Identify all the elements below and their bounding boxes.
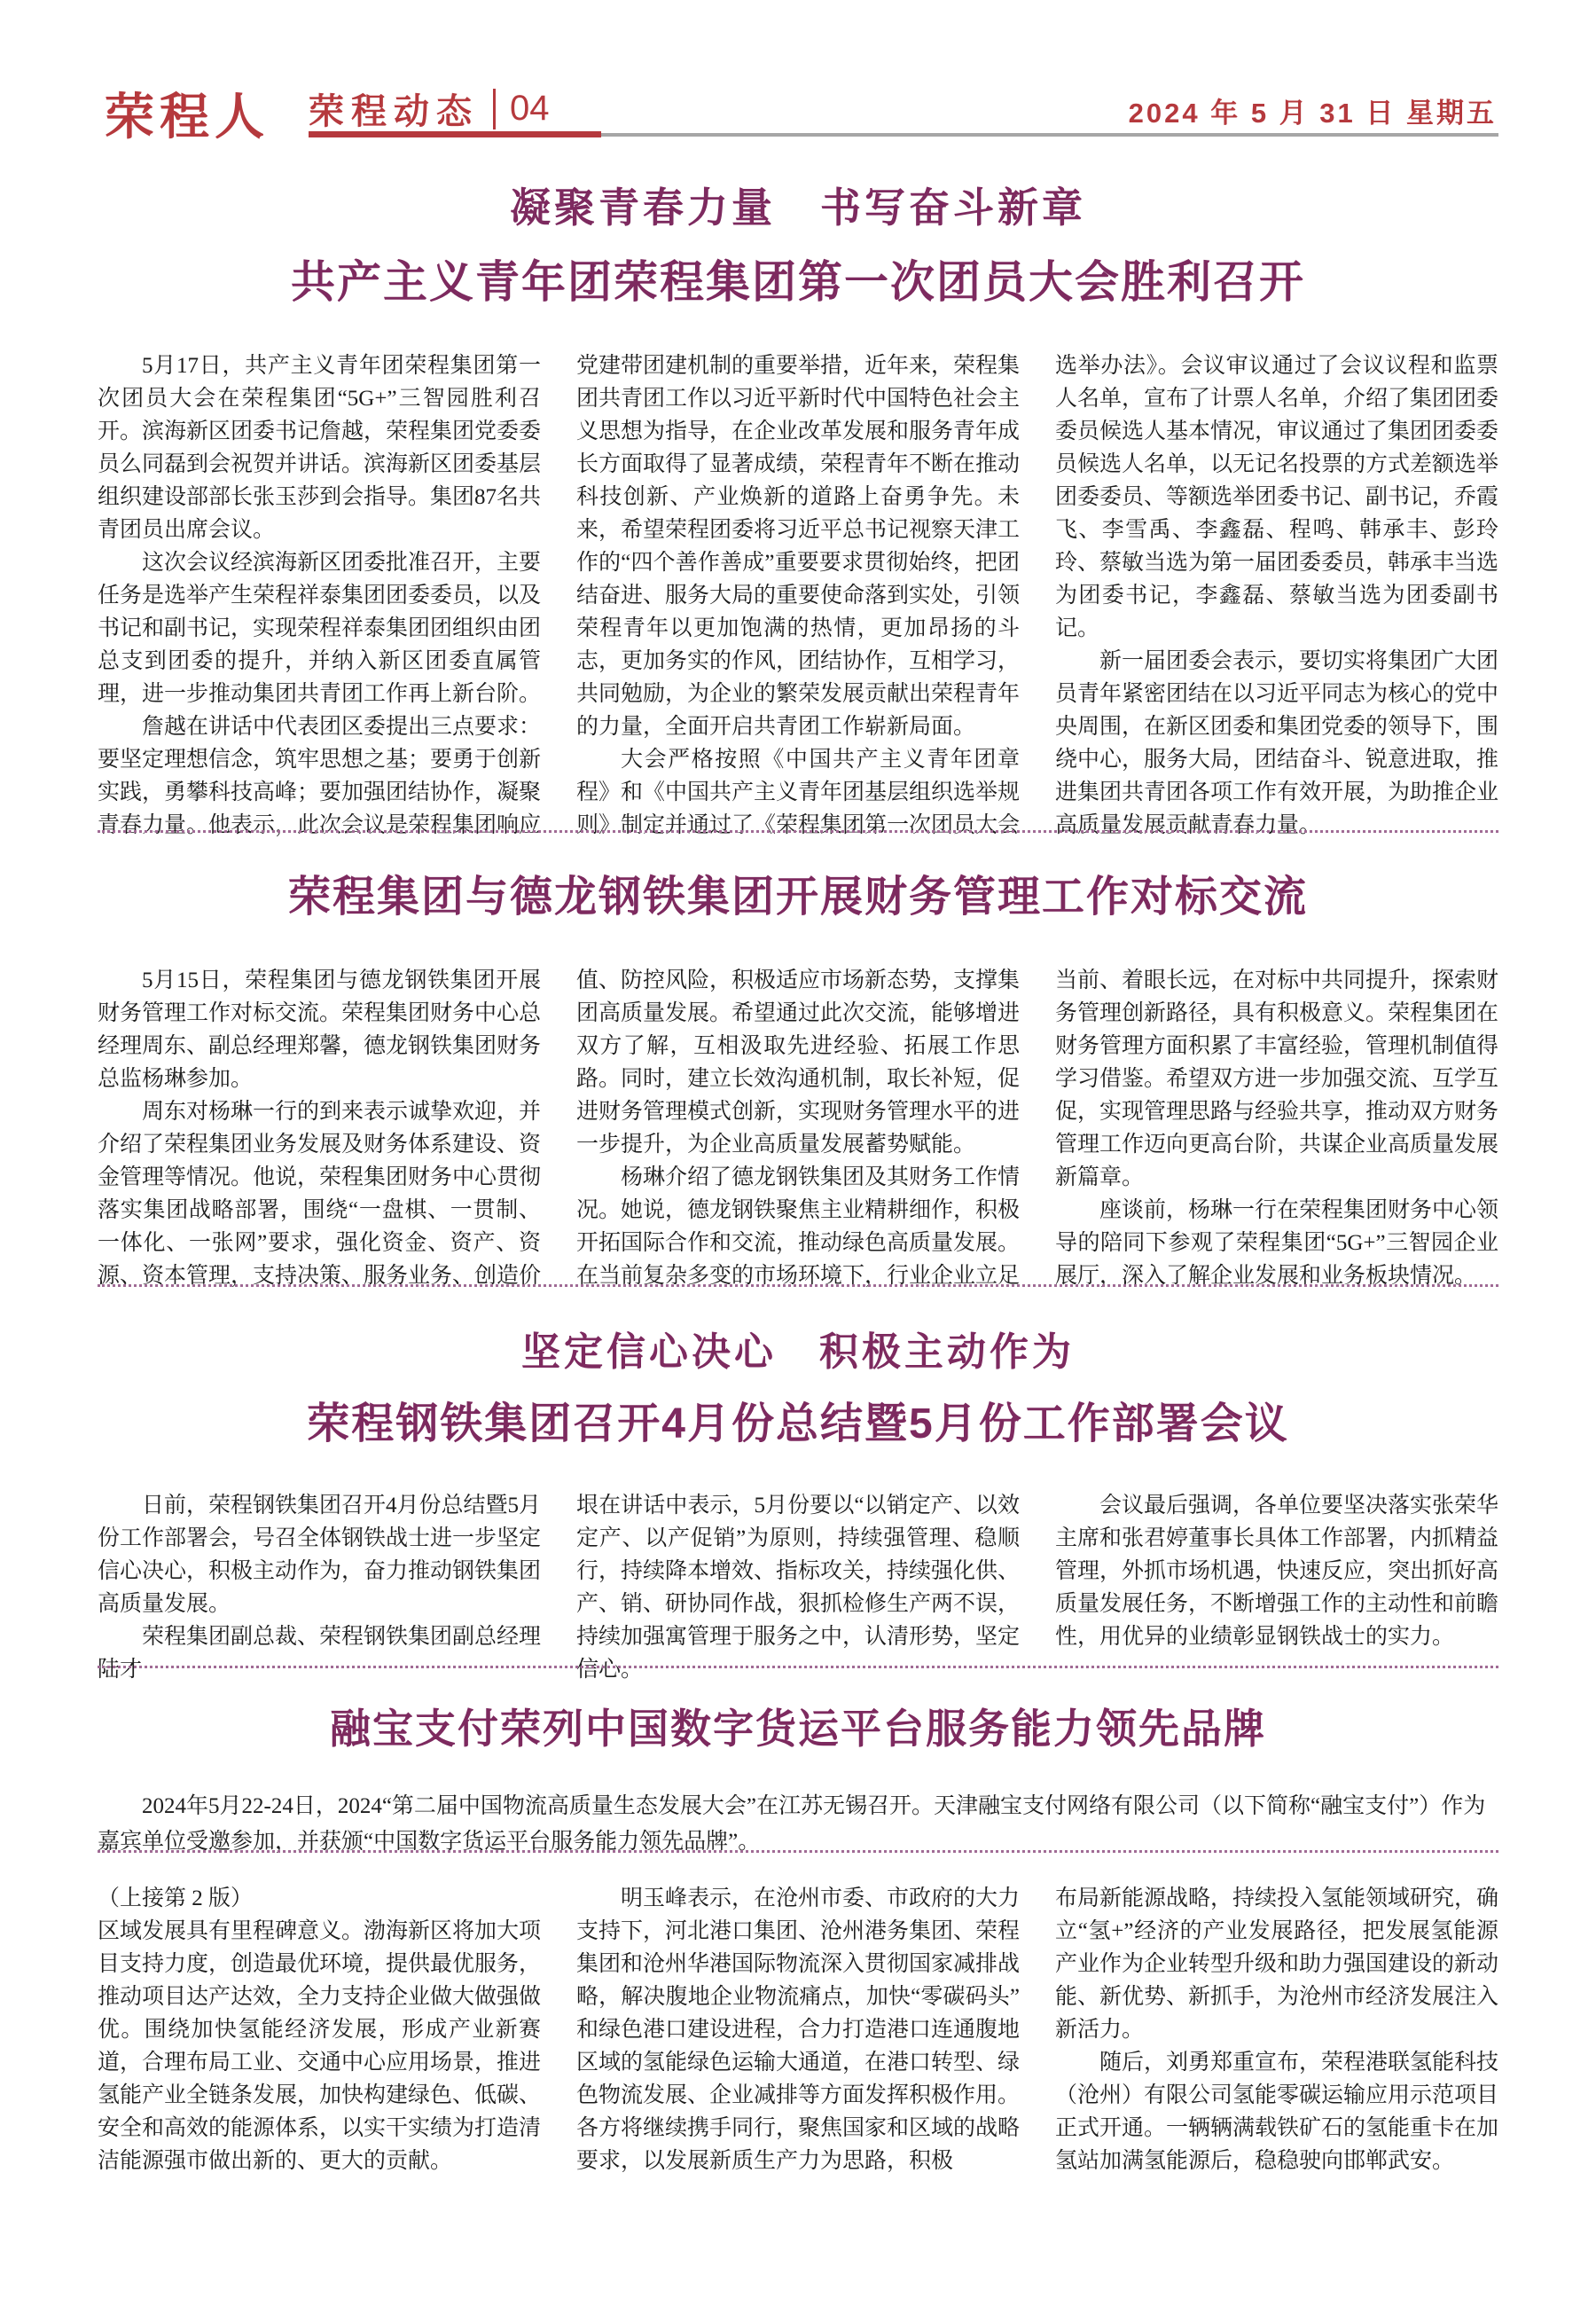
article1-column-3: 选举办法》。会议审议通过了会议议程和监票人名单，宣布了计票人名单，介绍了集团团委…	[1055, 349, 1498, 842]
paragraph: 5月15日，荣程集团与德龙钢铁集团开展财务管理工作对标交流。荣程集团财务中心总经…	[98, 964, 541, 1095]
paragraph: 垠在讲话中表示，5月份要以“以销定产、以效定产、以产促销”为原则，持续强管理、稳…	[576, 1489, 1020, 1686]
header-rule-red	[309, 131, 601, 137]
article4-title: 融宝支付荣列中国数字货运平台服务能力领先品牌	[98, 1697, 1498, 1755]
article-continued-from-page-2: （上接第 2 版） 区域发展具有里程碑意义。渤海新区将加大项目支持力度，创造最优…	[98, 1882, 1498, 2177]
paragraph: 布局新能源战略，持续投入氢能领域研究，确立“氢+”经济的产业发展路径，把发展氢能…	[1055, 1882, 1498, 2046]
paragraph: 日前，荣程钢铁集团召开4月份总结暨5月份工作部署会，号召全体钢铁战士进一步坚定信…	[98, 1489, 541, 1620]
article3-kicker: 坚定信心决心 积极主动作为	[98, 1320, 1498, 1377]
article2-column-2: 值、防控风险，积极适应市场新态势，支撑集团高质量发展。希望通过此次交流，能够增进…	[576, 964, 1020, 1292]
continued-body: （上接第 2 版） 区域发展具有里程碑意义。渤海新区将加大项目支持力度，创造最优…	[98, 1882, 1498, 2177]
article3-column-3: 会议最后强调，各单位要坚决落实张荣华主席和张君婷董事长具体工作部署，内抓精益管理…	[1055, 1489, 1498, 1686]
section-block: 荣程动态 04	[309, 83, 550, 134]
article1-column-1: 5月17日，共产主义青年团荣程集团第一次团员大会在荣程集团“5G+”三智园胜利召…	[98, 349, 541, 842]
article1-title: 共产主义青年团荣程集团第一次团员大会胜利召开	[98, 247, 1498, 310]
paragraph: 座谈前，杨琳一行在荣程集团财务中心领导的陪同下参观了荣程集团“5G+”三智园企业…	[1055, 1194, 1498, 1292]
paragraph: 这次会议经滨海新区团委批准召开，主要任务是选举产生荣程祥泰集团团委委员，以及书记…	[98, 546, 541, 710]
continued-column-3: 布局新能源战略，持续投入氢能领域研究，确立“氢+”经济的产业发展路径，把发展氢能…	[1055, 1882, 1498, 2177]
article2-body: 5月15日，荣程集团与德龙钢铁集团开展财务管理工作对标交流。荣程集团财务中心总经…	[98, 964, 1498, 1292]
article3-column-1: 日前，荣程钢铁集团召开4月份总结暨5月份工作部署会，号召全体钢铁战士进一步坚定信…	[98, 1489, 541, 1686]
paragraph: 区域发展具有里程碑意义。渤海新区将加大项目支持力度，创造最优环境，提供最优服务，…	[98, 1915, 541, 2177]
continued-column-2: 明玉峰表示，在沧州市委、市政府的大力支持下，河北港口集团、沧州港务集团、荣程集团…	[576, 1882, 1020, 2177]
page-number: 04	[510, 89, 550, 129]
section-divider	[98, 830, 1498, 833]
article1-kicker: 凝聚青春力量 书写奋斗新章	[98, 176, 1498, 234]
article-steel-monthly-meeting: 坚定信心决心 积极主动作为 荣程钢铁集团召开4月份总结暨5月份工作部署会议 日前…	[98, 1320, 1498, 1686]
article-rongbao-payment-brand: 融宝支付荣列中国数字货运平台服务能力领先品牌 2024年5月22-24日，202…	[98, 1697, 1498, 1860]
article-youth-league-congress: 凝聚青春力量 书写奋斗新章 共产主义青年团荣程集团第一次团员大会胜利召开 5月1…	[98, 176, 1498, 842]
section-divider	[98, 1666, 1498, 1668]
article3-column-2: 垠在讲话中表示，5月份要以“以销定产、以效定产、以产促销”为原则，持续强管理、稳…	[576, 1489, 1020, 1686]
article2-column-1: 5月15日，荣程集团与德龙钢铁集团开展财务管理工作对标交流。荣程集团财务中心总经…	[98, 964, 541, 1292]
paragraph: 周东对杨琳一行的到来表示诚挚欢迎，并介绍了荣程集团业务发展及财务体系建设、资金管…	[98, 1095, 541, 1292]
masthead-logo: 荣程人	[105, 78, 270, 149]
article2-title: 荣程集团与德龙钢铁集团开展财务管理工作对标交流	[98, 862, 1498, 923]
paragraph: 会议最后强调，各单位要坚决落实张荣华主席和张君婷董事长具体工作部署，内抓精益管理…	[1055, 1489, 1498, 1653]
header-rule-gray	[601, 133, 1498, 137]
section-title: 荣程动态	[309, 83, 479, 134]
issue-date: 2024 年 5 月 31 日 星期五	[1129, 90, 1497, 130]
paragraph: 随后，刘勇郑重宣布，荣程港联氢能科技（沧州）有限公司氢能零碳运输应用示范项目正式…	[1055, 2046, 1498, 2177]
paragraph: 杨琳介绍了德龙钢铁集团及其财务工作情况。她说，德龙钢铁聚焦主业精耕细作，积极开拓…	[576, 1161, 1020, 1292]
article4-lead: 2024年5月22-24日，2024“第二届中国物流高质量生态发展大会”在江苏无…	[98, 1789, 1498, 1860]
article3-title: 荣程钢铁集团召开4月份总结暨5月份工作部署会议	[98, 1389, 1498, 1450]
section-divider	[98, 1850, 1498, 1853]
newspaper-page: 荣程人 荣程动态 04 2024 年 5 月 31 日 星期五 凝聚青春力量 书…	[0, 0, 1596, 2306]
continued-from-note: （上接第 2 版）	[98, 1882, 541, 1915]
paragraph: 大会严格按照《中国共产主义青年团章程》和《中国共产主义青年团基层组织选举规则》制…	[576, 743, 1020, 842]
continued-column-1: （上接第 2 版） 区域发展具有里程碑意义。渤海新区将加大项目支持力度，创造最优…	[98, 1882, 541, 2177]
page-number-divider	[493, 89, 496, 129]
paragraph: 值、防控风险，积极适应市场新态势，支撑集团高质量发展。希望通过此次交流，能够增进…	[576, 964, 1020, 1161]
section-divider	[98, 1284, 1498, 1287]
article1-column-2: 党建带团建机制的重要举措，近年来，荣程集团共青团工作以习近平新时代中国特色社会主…	[576, 349, 1020, 842]
paragraph: 新一届团委会表示，要切实将集团广大团员青年紧密团结在以习近平同志为核心的党中央周…	[1055, 645, 1498, 842]
paragraph: 2024年5月22-24日，2024“第二届中国物流高质量生态发展大会”在江苏无…	[98, 1789, 1498, 1860]
paragraph: 荣程集团副总裁、荣程钢铁集团副总经理陆才	[98, 1620, 541, 1686]
article3-body: 日前，荣程钢铁集团召开4月份总结暨5月份工作部署会，号召全体钢铁战士进一步坚定信…	[98, 1489, 1498, 1686]
paragraph: 詹越在讲话中代表团区委提出三点要求：要坚定理想信念，筑牢思想之基；要勇于创新实践…	[98, 710, 541, 842]
paragraph: 当前、着眼长远，在对标中共同提升，探索财务管理创新路径，具有积极意义。荣程集团在…	[1055, 964, 1498, 1194]
article2-column-3: 当前、着眼长远，在对标中共同提升，探索财务管理创新路径，具有积极意义。荣程集团在…	[1055, 964, 1498, 1292]
paragraph: 5月17日，共产主义青年团荣程集团第一次团员大会在荣程集团“5G+”三智园胜利召…	[98, 349, 541, 546]
paragraph: 明玉峰表示，在沧州市委、市政府的大力支持下，河北港口集团、沧州港务集团、荣程集团…	[576, 1882, 1020, 2177]
article1-body: 5月17日，共产主义青年团荣程集团第一次团员大会在荣程集团“5G+”三智园胜利召…	[98, 349, 1498, 842]
page-header: 荣程人 荣程动态 04 2024 年 5 月 31 日 星期五	[98, 76, 1498, 140]
paragraph: 选举办法》。会议审议通过了会议议程和监票人名单，宣布了计票人名单，介绍了集团团委…	[1055, 349, 1498, 645]
article-finance-benchmark: 荣程集团与德龙钢铁集团开展财务管理工作对标交流 5月15日，荣程集团与德龙钢铁集…	[98, 862, 1498, 1292]
paragraph: 党建带团建机制的重要举措，近年来，荣程集团共青团工作以习近平新时代中国特色社会主…	[576, 349, 1020, 743]
